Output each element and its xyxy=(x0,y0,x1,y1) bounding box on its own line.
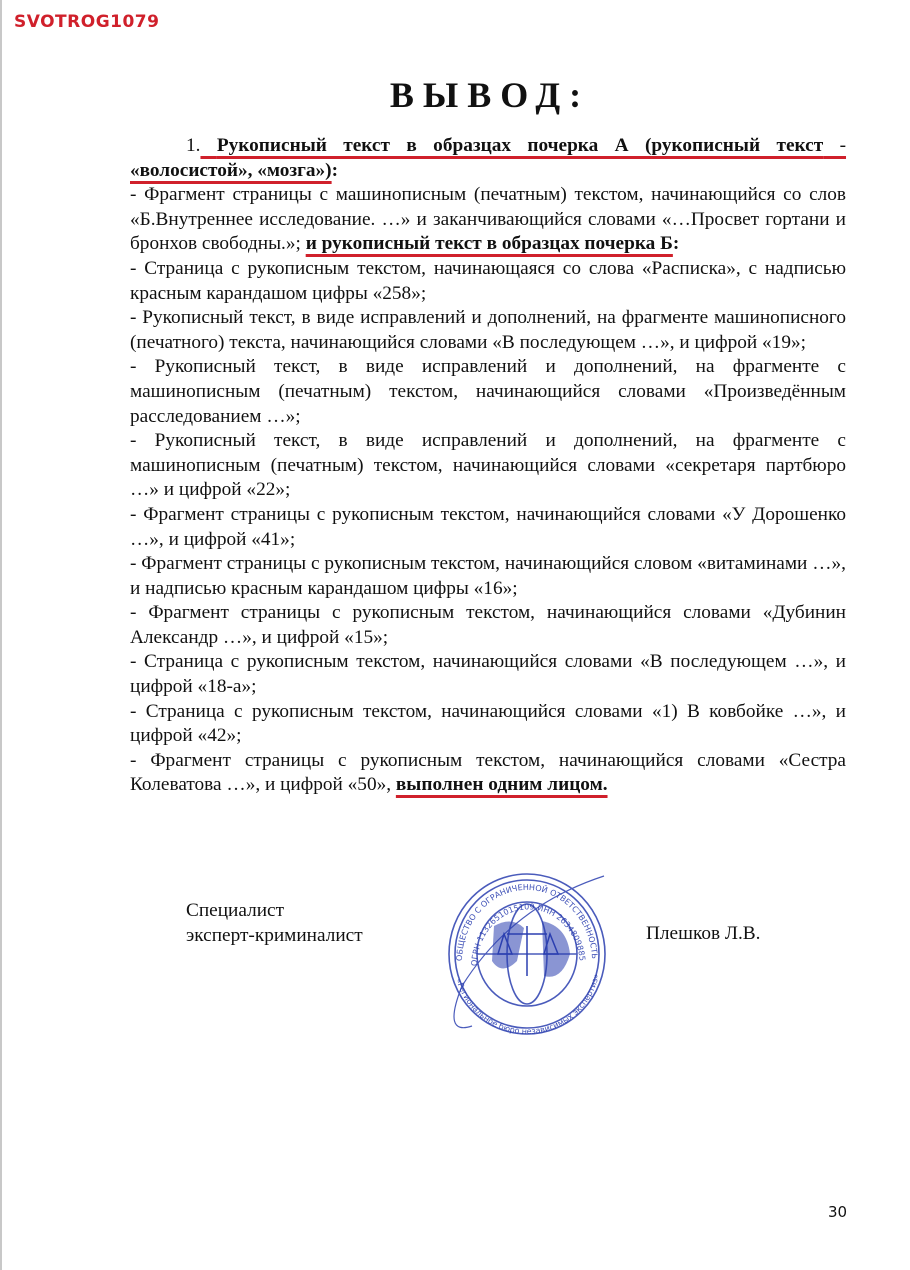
list-item: - Страница с рукописным текстом, начинаю… xyxy=(130,650,846,699)
heading-b: и рукописный текст в образцах почерка Б xyxy=(306,233,673,254)
list-item: - Рукописный текст, в виде исправлений и… xyxy=(130,306,846,355)
list-item: - Фрагмент страницы с рукописным текстом… xyxy=(130,503,846,552)
list-item: - Фрагмент страницы с рукописным текстом… xyxy=(130,601,846,650)
signature-role: Специалист эксперт-криминалист xyxy=(186,898,363,948)
item-a: - Фрагмент страницы с машинописным (печа… xyxy=(130,183,846,257)
list-item: - Рукописный текст, в виде исправлений и… xyxy=(130,355,846,429)
verdict: выполнен одним лицом. xyxy=(396,774,608,795)
seal-stamp-icon: ОБЩЕСТВО С ОГРАНИЧЕННОЙ ОТВЕТСТВЕННОСТЬЮ… xyxy=(432,866,622,1038)
heading-a-quotes: «волосистой», «мозга») xyxy=(130,160,332,181)
watermark: SVOTROG1079 xyxy=(14,12,159,32)
page-left-edge xyxy=(0,0,2,1270)
item-number: 1. xyxy=(186,135,200,156)
signer-name: Плешков Л.В. xyxy=(646,923,760,945)
list-item-last: - Фрагмент страницы с рукописным текстом… xyxy=(130,749,846,798)
list-item: - Рукописный текст, в виде исправлений и… xyxy=(130,429,846,503)
page-title: ВЫВОД: xyxy=(0,74,910,116)
list-item: - Страница с рукописным текстом, начинаю… xyxy=(130,257,846,306)
list-item: - Страница с рукописным текстом, начинаю… xyxy=(130,700,846,749)
conclusion-heading-a: 1. Рукописный текст в образцах почерка А… xyxy=(130,134,846,183)
page-number: 30 xyxy=(828,1203,847,1221)
list-item: - Фрагмент страницы с рукописным текстом… xyxy=(130,552,846,601)
conclusion-body: 1. Рукописный текст в образцах почерка А… xyxy=(130,134,846,798)
heading-a-text: Рукописный текст в образцах почерка А (р… xyxy=(217,135,823,156)
